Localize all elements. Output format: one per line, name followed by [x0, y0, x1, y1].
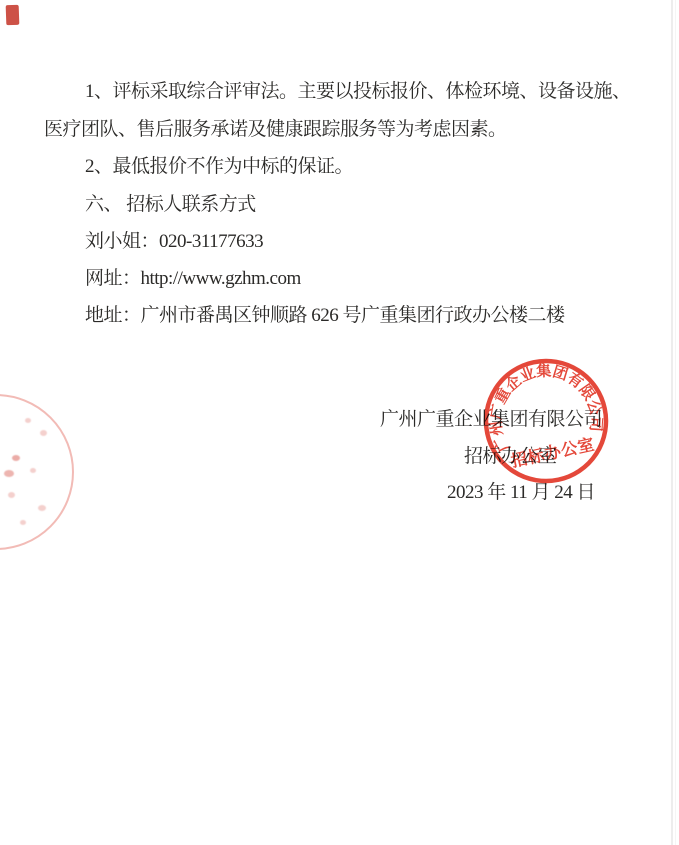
- stamp-bleed-speck: [4, 470, 14, 477]
- scan-edge-line: [671, 0, 673, 845]
- scan-edge-line-soft: [675, 0, 676, 845]
- stamp-bleed-speck: [12, 455, 20, 461]
- document-page: 1、评标采取综合评审法。主要以投标报价、体检环境、设备设施、 医疗团队、售后服务…: [0, 0, 679, 845]
- contact-website-line: 网址：http://www.gzhm.com: [85, 263, 301, 290]
- stamp-bleed-speck: [20, 520, 26, 525]
- stamp-bleed-speck: [8, 492, 15, 498]
- body-text-line-2: 医疗团队、售后服务承诺及健康跟踪服务等为考虑因素。: [44, 114, 507, 141]
- body-text-line-4: 六、 招标人联系方式: [85, 189, 256, 216]
- contact-phone-line: 刘小姐：020-31177633: [85, 226, 263, 253]
- body-text-line-1: 1、评标采取综合评审法。主要以投标报价、体检环境、设备设施、: [85, 76, 631, 103]
- company-seal: 广州广重企业集团有限公司 招标办公室: [467, 342, 626, 501]
- corner-red-mark: [6, 5, 20, 25]
- stamp-bleed-speck: [25, 418, 31, 423]
- body-text-line-3: 2、最低报价不作为中标的保证。: [85, 151, 353, 178]
- contact-address-line: 地址：广州市番禺区钟顺路 626 号广重集团行政办公楼二楼: [85, 300, 565, 327]
- stamp-bleed-speck: [38, 505, 46, 511]
- stamp-bleed-speck: [40, 430, 47, 436]
- stamp-bleed-speck: [30, 468, 36, 473]
